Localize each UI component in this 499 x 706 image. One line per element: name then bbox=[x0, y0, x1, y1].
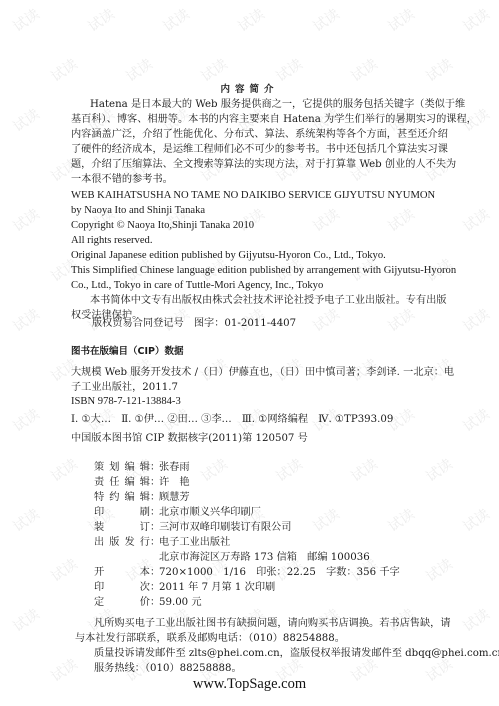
copyright-page: 内容简介 Hatena 是日本最大的 Web 服务提供商之一，它提供的服务包括关… bbox=[0, 0, 499, 706]
credit-row: 策划编辑：张春雨 bbox=[94, 461, 190, 474]
credit-label: 责任编辑 bbox=[94, 476, 150, 489]
credit-value: 张春雨 bbox=[159, 461, 190, 474]
credit-row: 特约编辑：顾慧芳 bbox=[94, 491, 190, 504]
credit-row: 责任编辑：许 艳 bbox=[94, 476, 190, 489]
simplified-edition-line: This Simplified Chinese language edition… bbox=[71, 264, 456, 277]
notice-line: 与本社发行部联系，联系及邮购电话：（010）88254888。 bbox=[75, 632, 345, 645]
summary-line: 内容涵盖广泛，介绍了性能优化、分布式、算法、系统架构等各个方面，甚至还介绍 bbox=[71, 128, 448, 141]
summary-line: Hatena 是日本最大的 Web 服务提供商之一，它提供的服务包括关键字（类似… bbox=[90, 98, 465, 111]
credit-row: 北京市海淀区万寿路 173 信箱 邮编 100036 bbox=[94, 551, 370, 564]
credit-value: 三河市双峰印刷装订有限公司 bbox=[159, 521, 291, 534]
credit-label: 印次 bbox=[94, 581, 150, 594]
credit-value: 顾慧芳 bbox=[159, 491, 190, 504]
credit-value: 北京市顺义兴华印刷厂 bbox=[159, 506, 261, 519]
summary-line: 题，介绍了压缩算法、全文搜索等算法的实现方法，对于打算靠 Web 创业的人不失为 bbox=[71, 158, 456, 171]
credit-row: 出版发行：电子工业出版社 bbox=[94, 536, 230, 549]
credit-label: 装订 bbox=[94, 521, 150, 534]
credit-label: 策划编辑 bbox=[94, 461, 150, 474]
rights-cn-line: 本书简体中文专有出版权由株式会社技术评论社授予电子工业出版社。专有出版 bbox=[90, 294, 447, 307]
credit-value: 电子工业出版社 bbox=[159, 536, 230, 549]
credit-value: 北京市海淀区万寿路 173 信箱 邮编 100036 bbox=[159, 551, 370, 564]
rights-line: All rights reserved. bbox=[71, 234, 153, 247]
credit-label: 印刷 bbox=[94, 506, 150, 519]
credit-row: 印次：2011 年 7 月第 1 次印刷 bbox=[94, 581, 275, 594]
credit-row: 印刷：北京市顺义兴华印刷厂 bbox=[94, 506, 261, 519]
credit-value: 2011 年 7 月第 1 次印刷 bbox=[159, 581, 275, 594]
contract-registration: 版权贸易合同登记号 图字：01-2011-4407 bbox=[92, 317, 296, 330]
cip-classification: Ⅰ. ①大… Ⅱ. ①伊… ②田… ③李… Ⅲ. ①网络编程 Ⅳ. ①TP393… bbox=[71, 413, 393, 426]
credit-label bbox=[94, 551, 150, 564]
simplified-edition-line: Co., Ltd., Tokyo in care of Tuttle-Mori … bbox=[71, 279, 323, 292]
cip-record-line: 子工业出版社，2011.7 bbox=[71, 381, 178, 394]
credit-row: 定价：59.00 元 bbox=[94, 596, 202, 609]
isbn: ISBN 978-7-121-13884-3 bbox=[71, 395, 181, 408]
credit-value: 59.00 元 bbox=[159, 596, 202, 609]
credit-value: 720×1000 1/16 印张：22.25 字数：356 千字 bbox=[159, 566, 400, 579]
original-edition-line: Original Japanese edition published by G… bbox=[71, 249, 386, 262]
summary-line: 一本很不错的参考书。 bbox=[71, 173, 173, 186]
credit-label: 特约编辑 bbox=[94, 491, 150, 504]
credit-row: 装订：三河市双峰印刷装订有限公司 bbox=[94, 521, 291, 534]
cip-verification: 中国版本图书馆 CIP 数据核字(2011)第 120507 号 bbox=[71, 432, 308, 445]
hotline-line: 服务热线：（010）88258888。 bbox=[94, 662, 242, 675]
summary-line: 了硬件的经济成本，是运维工程师们必不可少的参考书。书中还包括几个算法实习课 bbox=[71, 143, 448, 156]
credit-label: 定价 bbox=[94, 596, 150, 609]
complaint-line: 质量投诉请发邮件至 zlts@phei.com.cn，盗版侵权举报请发邮件至 d… bbox=[94, 647, 499, 660]
page-title: 内容简介 bbox=[0, 81, 499, 95]
cip-heading: 图书在版编目（CIP）数据 bbox=[71, 345, 183, 358]
footer-url[interactable]: www.TopSage.com bbox=[0, 676, 499, 693]
copyright-line: Copyright © Naoya Ito,Shinji Tanaka 2010 bbox=[71, 219, 254, 232]
credit-value: 许 艳 bbox=[159, 476, 190, 489]
credit-label: 开本 bbox=[94, 566, 150, 579]
authors-line: by Naoya Ito and Shinji Tanaka bbox=[71, 204, 205, 217]
notice-line: 凡所购买电子工业出版社图书有缺损问题，请向购买书店调换。若书店售缺，请 bbox=[94, 617, 451, 630]
cip-record-line: 大规模 Web 服务开发技术 /（日）伊藤直也，（日）田中慎司著；李剑译. 一北… bbox=[71, 366, 454, 379]
summary-line: 基百科）、博客、相册等。本书的内容主要来自 Hatena 为学生们举行的暑期实习… bbox=[71, 113, 477, 126]
credit-label: 出版发行 bbox=[94, 536, 150, 549]
original-title: WEB KAIHATSUSHA NO TAME NO DAIKIBO SERVI… bbox=[71, 189, 435, 202]
credit-row: 开本：720×1000 1/16 印张：22.25 字数：356 千字 bbox=[94, 566, 400, 579]
